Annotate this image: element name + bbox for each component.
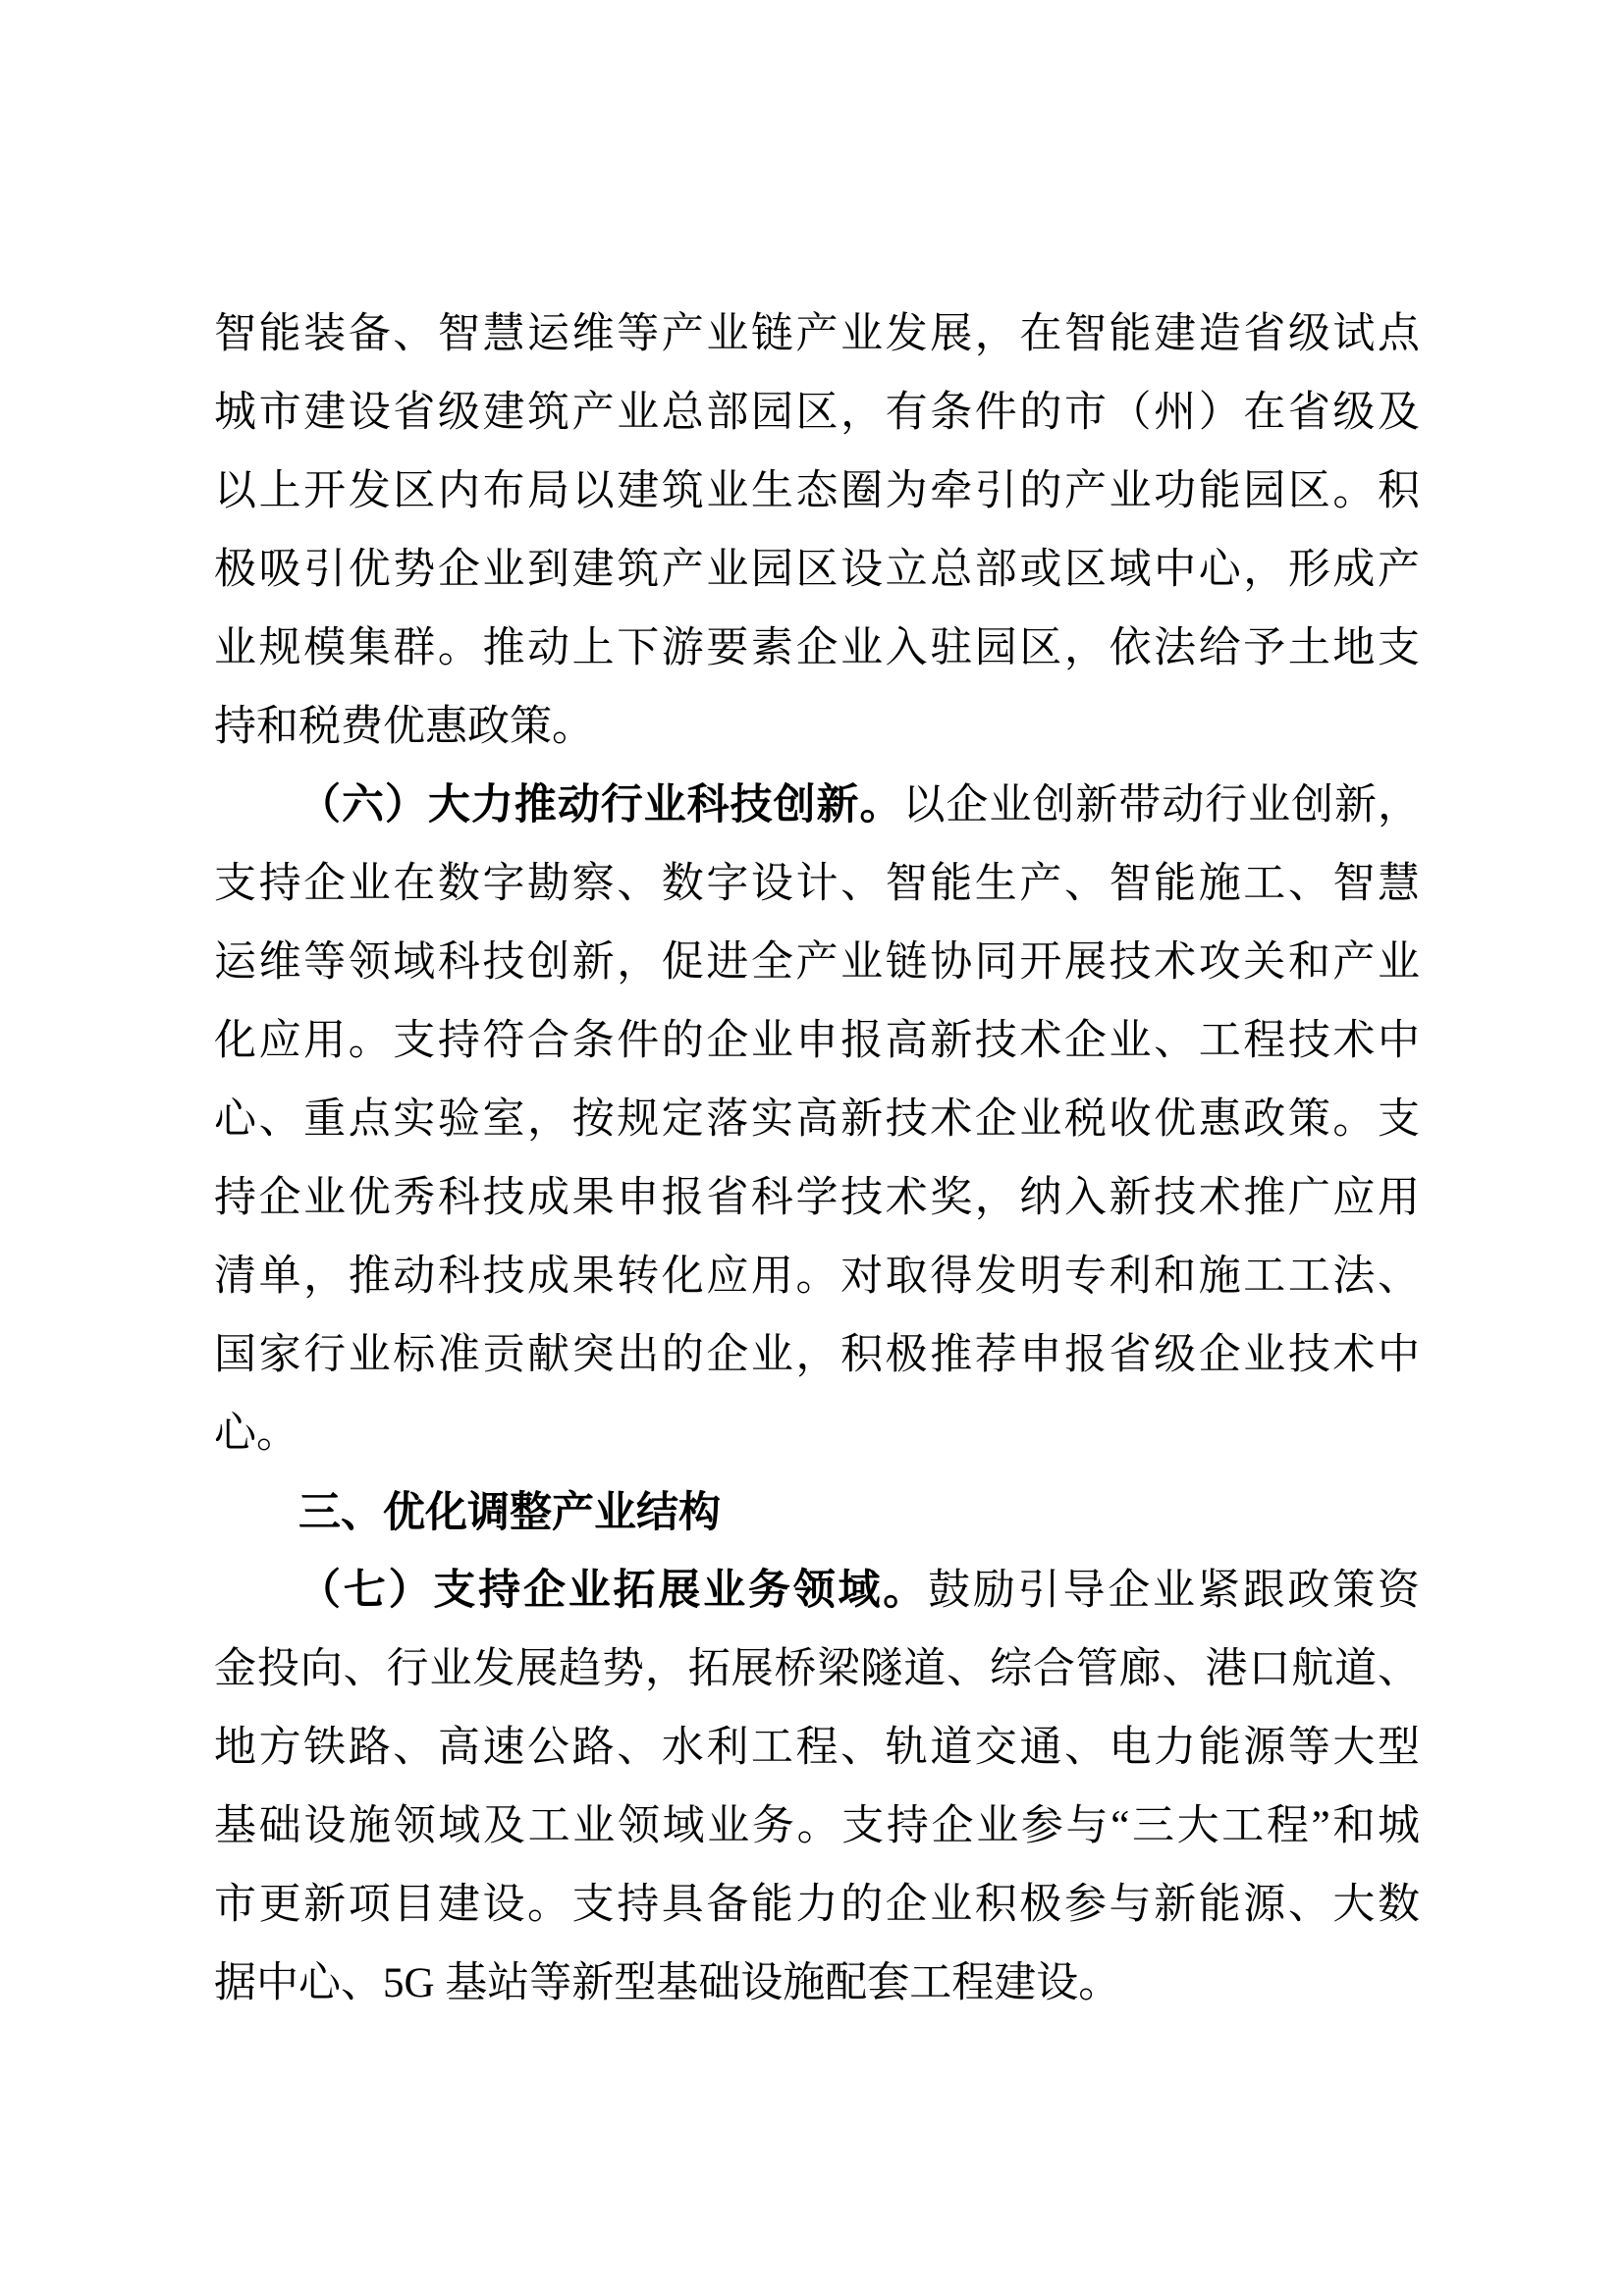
body-text: 持和税费优惠政策。 [214,704,594,750]
body-text: 极吸引优势企业到建筑产业园区设立总部或区域中心，形成产 [214,547,1420,593]
text-line: 心、重点实验室，按规定落实高新技术企业税收优惠政策。支 [214,1081,1420,1159]
body-text: 地方铁路、高速公路、水利工程、轨道交通、电力能源等大型 [214,1725,1420,1771]
body-text: 心、重点实验室，按规定落实高新技术企业税收优惠政策。支 [214,1096,1420,1143]
body-text: 据中心、5G 基站等新型基础设施配套工程建设。 [214,1960,1120,2006]
text-line: （七）支持企业拓展业务领域。鼓励引导企业紧跟政策资 [214,1552,1420,1630]
body-text: 化应用。支持符合条件的企业申报高新技术企业、工程技术中 [214,1018,1420,1064]
body-text: 运维等领域科技创新，促进全产业链协同开展技术攻关和产业 [214,939,1420,986]
body-text: 业规模集群。推动上下游要素企业入驻园区，依法给予土地支 [214,625,1420,671]
text-line: 城市建设省级建筑产业总部园区，有条件的市（州）在省级及 [214,374,1420,453]
body-text: 鼓励引导企业紧跟政策资 [928,1568,1420,1614]
body-text: 国家行业标准贡献突出的企业，积极推荐申报省级企业技术中 [214,1332,1420,1378]
text-line: 持和税费优惠政策。 [214,688,1420,767]
text-line: 据中心、5G 基站等新型基础设施配套工程建设。 [214,1945,1420,2023]
body-text: 以上开发区内布局以建筑业生态圈为牵引的产业功能园区。积 [214,468,1420,514]
text-line: 金投向、行业发展趋势，拓展桥梁隧道、综合管廊、港口航道、 [214,1630,1420,1709]
paragraph-lead-text: （六）大力推动行业科技创新。 [298,782,902,828]
text-line: 智能装备、智慧运维等产业链产业发展，在智能建造省级试点 [214,295,1420,374]
text-line: 地方铁路、高速公路、水利工程、轨道交通、电力能源等大型 [214,1709,1420,1788]
section-heading-text: 三、优化调整产业结构 [298,1489,721,1536]
body-text: 以企业创新带动行业创新， [902,782,1420,828]
text-line: 运维等领域科技创新，促进全产业链协同开展技术攻关和产业 [214,924,1420,1002]
body-text: 市更新项目建设。支持具备能力的企业积极参与新能源、大数 [214,1882,1420,1928]
text-line: 持企业优秀科技成果申报省科学技术奖，纳入新技术推广应用 [214,1159,1420,1238]
text-line: 市更新项目建设。支持具备能力的企业积极参与新能源、大数 [214,1866,1420,1945]
text-line: 三、优化调整产业结构 [214,1473,1420,1552]
text-line: 业规模集群。推动上下游要素企业入驻园区，依法给予土地支 [214,610,1420,688]
text-line: 心。 [214,1395,1420,1473]
text-line: 化应用。支持符合条件的企业申报高新技术企业、工程技术中 [214,1002,1420,1081]
text-line: 以上开发区内布局以建筑业生态圈为牵引的产业功能园区。积 [214,453,1420,531]
document-page: 智能装备、智慧运维等产业链产业发展，在智能建造省级试点城市建设省级建筑产业总部园… [0,0,1624,2296]
text-line: 清单，推动科技成果转化应用。对取得发明专利和施工工法、 [214,1238,1420,1316]
body-text: 心。 [214,1411,298,1457]
text-line: 基础设施领域及工业领域业务。支持企业参与“三大工程”和城 [214,1788,1420,1866]
body-text: 基础设施领域及工业领域业务。支持企业参与“三大工程”和城 [214,1803,1420,1849]
body-text: 城市建设省级建筑产业总部园区，有条件的市（州）在省级及 [214,390,1420,436]
text-line: 极吸引优势企业到建筑产业园区设立总部或区域中心，形成产 [214,531,1420,610]
paragraph-lead-text: （七）支持企业拓展业务领域。 [298,1568,928,1614]
document-body: 智能装备、智慧运维等产业链产业发展，在智能建造省级试点城市建设省级建筑产业总部园… [214,295,1420,2023]
text-line: 国家行业标准贡献突出的企业，积极推荐申报省级企业技术中 [214,1316,1420,1395]
body-text: 金投向、行业发展趋势，拓展桥梁隧道、综合管廊、港口航道、 [214,1646,1420,1692]
text-line: （六）大力推动行业科技创新。以企业创新带动行业创新， [214,767,1420,845]
body-text: 智能装备、智慧运维等产业链产业发展，在智能建造省级试点 [214,311,1420,357]
body-text: 支持企业在数字勘察、数字设计、智能生产、智能施工、智慧 [214,861,1420,907]
body-text: 清单，推动科技成果转化应用。对取得发明专利和施工工法、 [214,1254,1420,1300]
body-text: 持企业优秀科技成果申报省科学技术奖，纳入新技术推广应用 [214,1175,1420,1221]
text-line: 支持企业在数字勘察、数字设计、智能生产、智能施工、智慧 [214,845,1420,924]
